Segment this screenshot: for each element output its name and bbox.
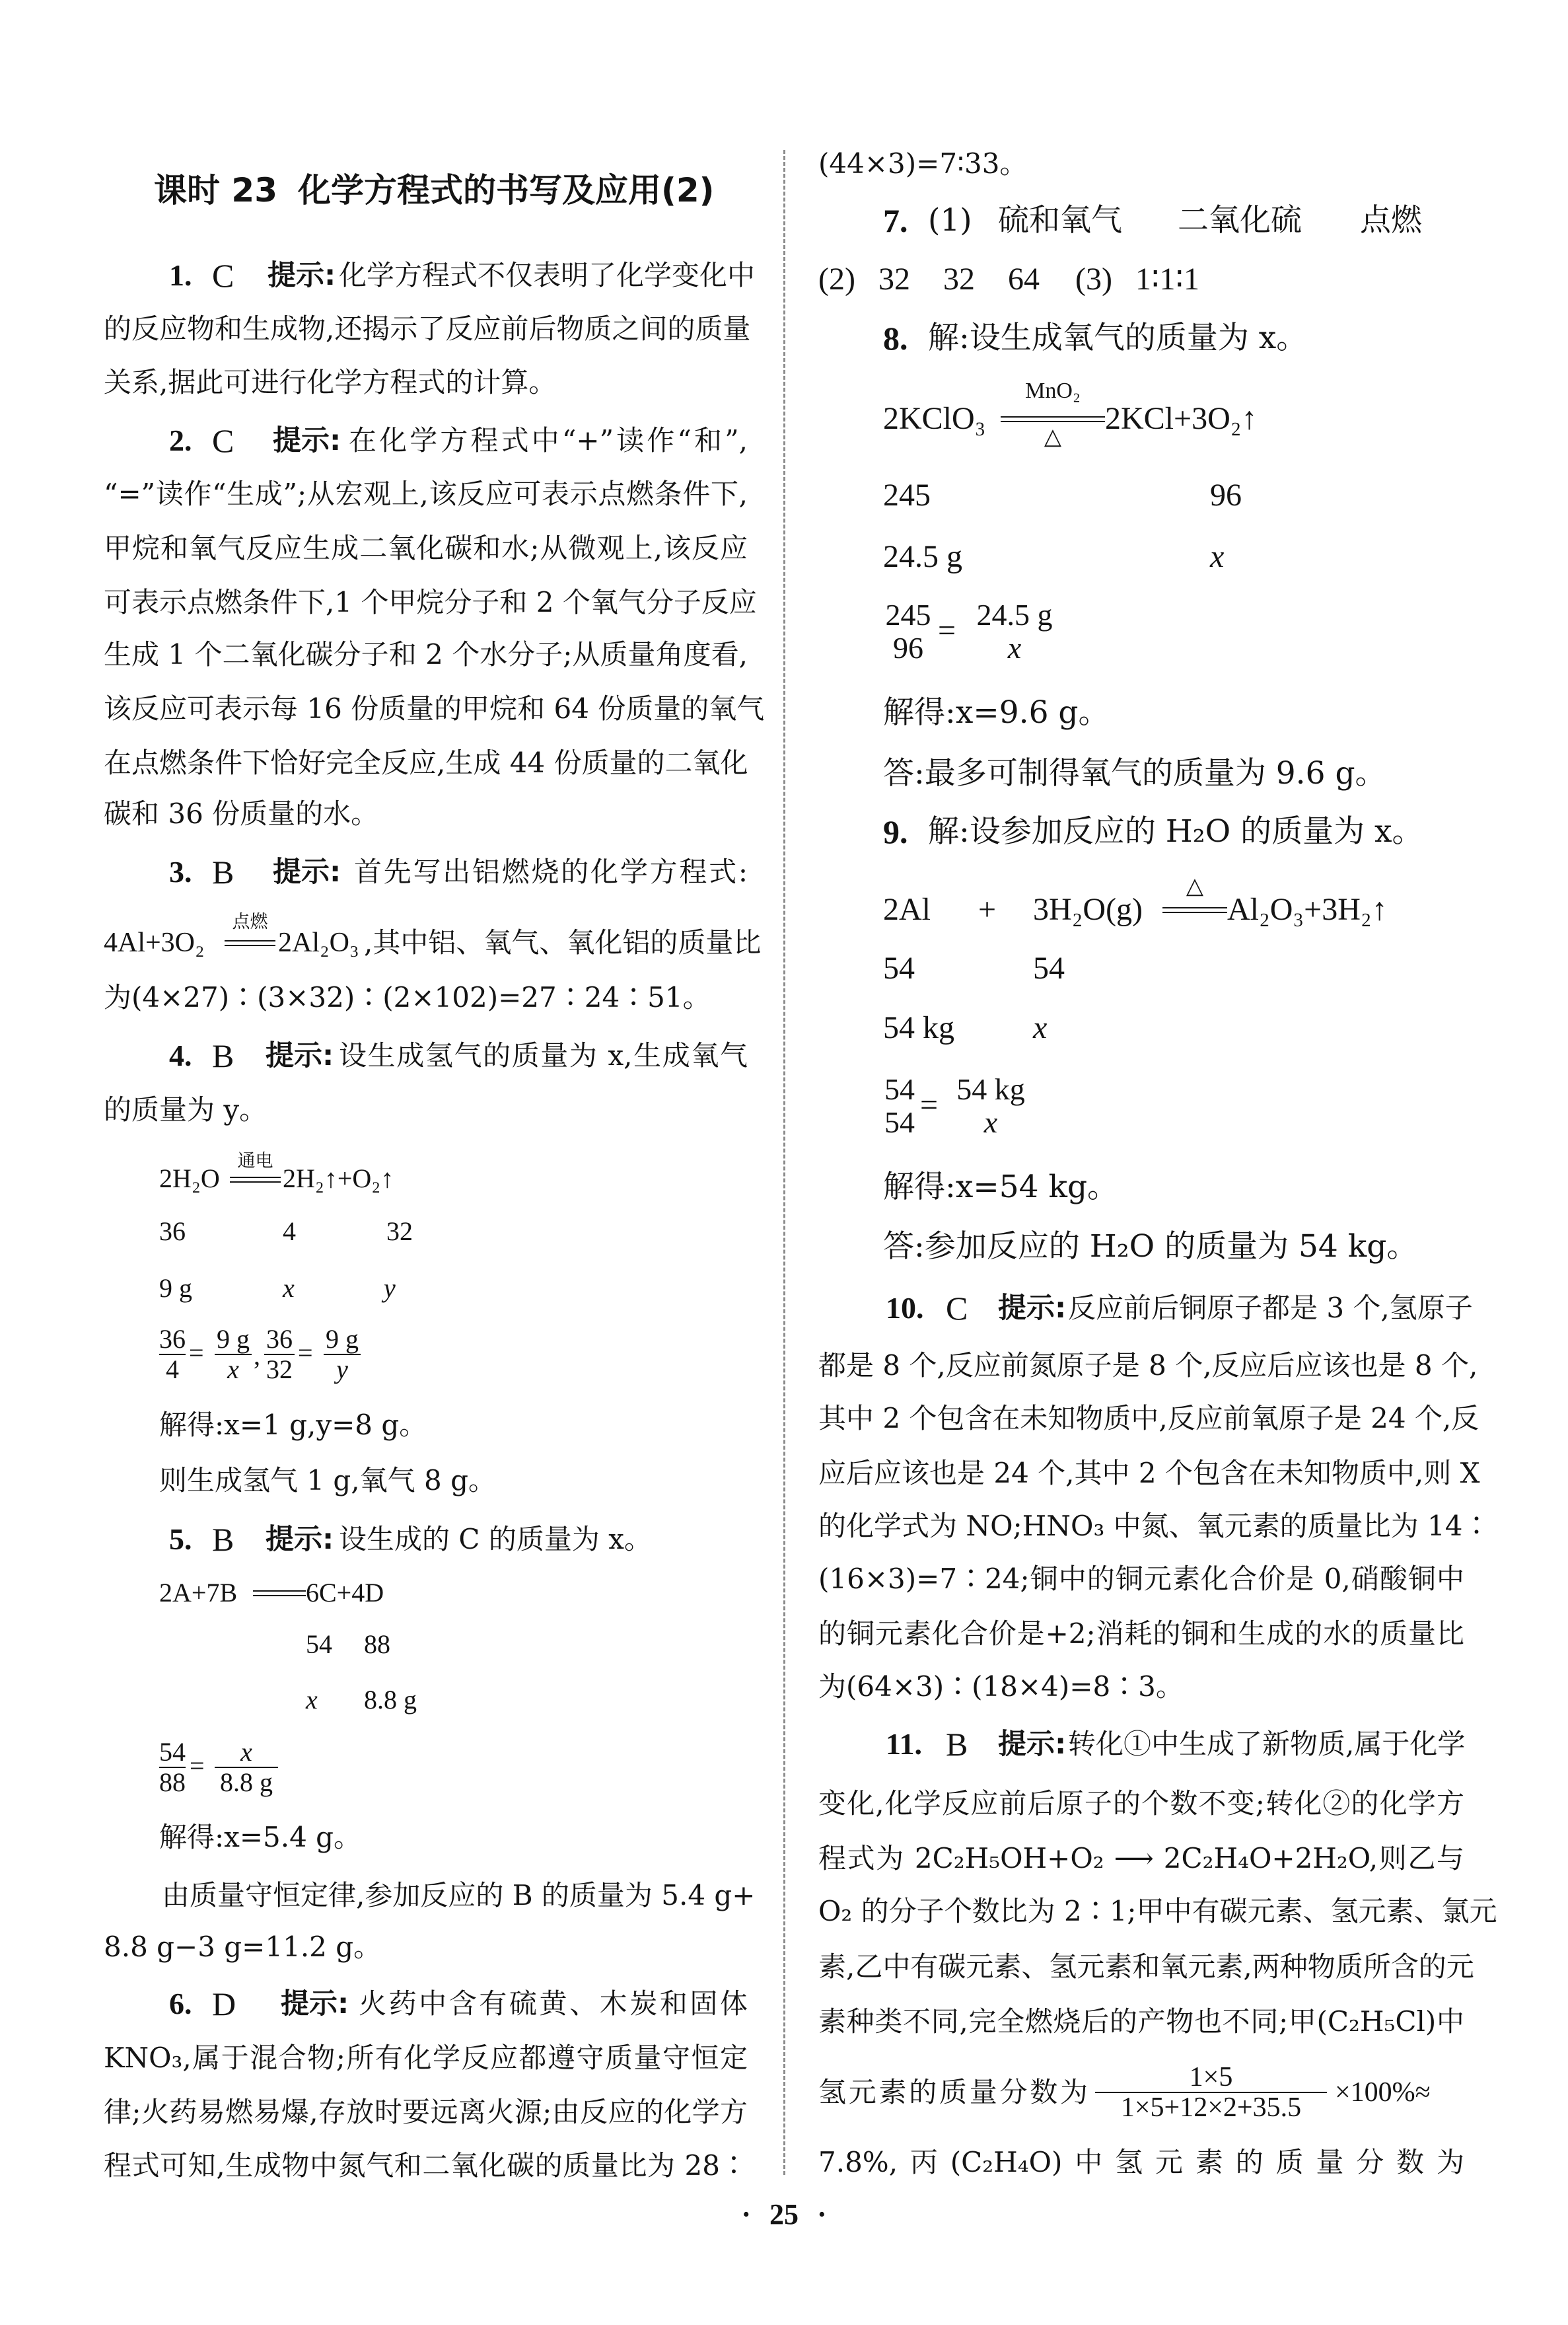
fraction: 9 g x: [215, 1325, 252, 1384]
answer-choice: D: [212, 1984, 236, 2024]
equation-double-bar: [230, 1177, 281, 1183]
answer-blank: 32: [943, 258, 975, 301]
unknown-variable: x: [1033, 1007, 1047, 1049]
solution-result: 解得:x=9.6 g。: [883, 692, 1110, 734]
equals-sign: =: [920, 1084, 938, 1126]
question-number: 1.: [169, 256, 192, 295]
equation-products: 2KCl+3O₂↑: [1105, 398, 1257, 440]
hint-text-line: “=”读作“生成”;从宏观上,该反应可表示点燃条件下,: [104, 474, 748, 514]
answer-choice: C: [212, 256, 234, 295]
given-mass: 8.8 g: [364, 1680, 417, 1720]
hint-text-line: 的质量为 y。: [104, 1090, 267, 1130]
relative-mass: 36: [159, 1212, 186, 1251]
unknown-variable: x: [1210, 536, 1224, 578]
unknown-variable: x: [306, 1680, 318, 1720]
equals-sign: =: [189, 1333, 204, 1373]
numerator: 1×5: [1190, 2063, 1233, 2092]
hint-text-line: 为(64×3)∶(18×4)=8∶3。: [818, 1667, 1184, 1707]
denominator: x: [227, 1355, 239, 1384]
relative-mass: 54: [883, 947, 915, 990]
hint-label: 提示:: [267, 256, 336, 295]
denominator: x: [1008, 632, 1021, 665]
denominator: 1×5+12×2+35.5: [1121, 2093, 1301, 2122]
denominator: 8.8 g: [220, 1768, 273, 1797]
question-number: 3.: [169, 852, 192, 892]
page-number-value: 25: [769, 2198, 799, 2231]
answer-blank: 硫和氧气: [998, 200, 1122, 242]
hint-text-line: 生成 1 个二氧化碳分子和 2 个水分子;从质量角度看,: [104, 635, 748, 675]
mass-fraction: 1×5 1×5+12×2+35.5: [1095, 2063, 1327, 2122]
answer-choice: B: [212, 1520, 234, 1559]
lesson-title: 化学方程式的书写及应用(2): [298, 169, 700, 211]
hint-text-line: 的铜元素化合价是+2;消耗的铜和生成的水的质量比: [818, 1614, 1464, 1654]
part-label: (2): [818, 258, 855, 301]
hint-label: 提示:: [266, 1036, 334, 1076]
hint-label: 提示:: [273, 852, 341, 892]
question-number: 2.: [169, 421, 192, 461]
hint-text-line: 为(4×27)∶(3×32)∶(2×102)=27∶24∶51。: [104, 978, 711, 1017]
solution-setup: 解:设参加反应的 H₂O 的质量为 x。: [928, 811, 1423, 853]
hint-text-line: 碳和 36 份质量的水。: [104, 794, 378, 834]
hint-text-line: 反应前后铜原子都是 3 个,氢原子: [1068, 1288, 1464, 1328]
answer-blank: 点燃: [1360, 200, 1422, 242]
answer-blank: 64: [1008, 258, 1040, 301]
hint-text-line: 在点燃条件下恰好完全反应,生成 44 份质量的二氧化: [104, 743, 748, 783]
numerator: 36: [266, 1325, 293, 1354]
numerator: 54: [884, 1073, 915, 1106]
question-number: 6.: [169, 1984, 192, 2024]
equation-double-bar: [1162, 907, 1227, 913]
denominator: 4: [166, 1355, 179, 1384]
hint-text-line: 转化①中生成了新物质,属于化学: [1068, 1724, 1464, 1764]
hint-label: 提示:: [281, 1984, 349, 2024]
numerator: 9 g: [217, 1325, 250, 1354]
hint-text-line: 设生成氢气的质量为 x,生成氧气: [339, 1036, 748, 1076]
equation-products: Al₂O₃+3H₂↑: [1227, 889, 1388, 931]
fraction: 245 96: [883, 599, 933, 641]
answer-blank: 32: [878, 258, 910, 301]
relative-mass: 32: [386, 1212, 413, 1251]
equation-double-bar: [1001, 416, 1105, 422]
equation-reactants: 2H₂O: [159, 1159, 220, 1199]
catalyst-condition: MnO₂: [1001, 378, 1105, 404]
hint-text-line: 素种类不同,完全燃烧后的产物也不同;甲(C₂H₅Cl)中: [818, 2002, 1464, 2042]
hint-text-line: (44×3)=7∶33。: [818, 144, 1027, 184]
fraction: 54 54: [883, 1073, 916, 1115]
solution-result: 解得:x=5.4 g。: [159, 1818, 361, 1857]
solution-result: 解得:x=54 kg。: [883, 1166, 1118, 1208]
solution-answer: 答:参加反应的 H₂O 的质量为 54 kg。: [883, 1226, 1417, 1268]
hint-label: 提示:: [998, 1724, 1066, 1764]
solution-answer: 答:最多可制得氧气的质量为 9.6 g。: [883, 753, 1386, 795]
given-mass: 24.5 g: [883, 536, 962, 578]
fraction: 36 32: [264, 1325, 295, 1384]
equation-reactants: 4Al+3O₂: [104, 923, 205, 963]
equation-reactant: 3H₂O(g): [1033, 889, 1143, 931]
equation-reactants: 2KClO₃: [883, 398, 985, 440]
equation-reactant: 2Al: [883, 889, 931, 931]
hint-text-line: 甲烷和氧气反应生成二氧化碳和水;从微观上,该反应: [104, 529, 748, 568]
question-number: 9.: [883, 811, 908, 853]
part-label: (3): [1075, 258, 1112, 301]
unknown-variable: x: [283, 1269, 295, 1308]
question-number: 8.: [883, 317, 908, 359]
page-number: ·25·: [685, 2195, 883, 2234]
hint-text-line: 可表示点燃条件下,1 个甲烷分子和 2 个氧气分子反应: [104, 583, 748, 622]
numerator: 245: [886, 599, 931, 632]
hint-label: 提示:: [998, 1288, 1066, 1328]
answer-blank: 二氧化硫: [1178, 200, 1302, 242]
solution-conclusion: 则生成氢气 1 g,氧气 8 g。: [159, 1461, 496, 1500]
lesson-number: 课时 23: [154, 169, 277, 211]
hint-text-line: 程式为 2C₂H₅OH+O₂ ⟶ 2C₂H₄O+2H₂O,则乙与: [818, 1839, 1464, 1878]
question-number: 11.: [886, 1724, 922, 1764]
fraction: x 8.8 g: [215, 1738, 278, 1797]
relative-mass: 4: [283, 1212, 296, 1251]
relative-mass: 54: [1033, 947, 1065, 990]
unknown-variable: y: [384, 1269, 396, 1308]
hint-text-line: 的反应物和生成物,还揭示了反应前后物质之间的质量: [104, 309, 748, 349]
numerator: 9 g: [326, 1325, 359, 1354]
equation-products: 2Al₂O₃: [278, 923, 359, 963]
fraction: 54 kg x: [950, 1073, 1031, 1115]
answer-choice: C: [946, 1288, 968, 1328]
question-number: 4.: [169, 1036, 192, 1076]
fraction: 9 g y: [324, 1325, 361, 1384]
hint-text-line: 设生成的 C 的质量为 x。: [339, 1520, 652, 1559]
denominator: x: [984, 1106, 997, 1139]
plus-sign: +: [978, 889, 996, 931]
reaction-condition: 通电: [230, 1151, 281, 1172]
solution-setup: 解:设生成氧气的质量为 x。: [928, 317, 1307, 359]
hint-text-line: ,其中铝、氧气、氧化铝的质量比: [364, 923, 748, 963]
hint-label: 提示:: [266, 1520, 334, 1559]
page-number-dot: ·: [741, 2198, 751, 2231]
hint-text-line: 该反应可表示每 16 份质量的甲烷和 64 份质量的氧气: [104, 689, 748, 729]
hint-text-line: 关系,据此可进行化学方程式的计算。: [104, 363, 556, 402]
question-number: 7.: [883, 200, 908, 242]
comma: ,: [254, 1336, 260, 1376]
answer-choice: B: [212, 1036, 234, 1076]
question-number: 10.: [886, 1288, 924, 1328]
answer-key-page: 课时 23 化学方程式的书写及应用(2) 1. C 提示: 化学方程式不仅表明了…: [0, 0, 1568, 2325]
equation-double-bar: [225, 940, 275, 946]
reaction-condition: 点燃: [225, 912, 275, 933]
hint-text-line: 7.8%,丙(C₂H₄O)中氢元素的质量分数为: [818, 2143, 1464, 2182]
denominator: 96: [893, 632, 923, 665]
solution-result: 解得:x=1 g,y=8 g。: [159, 1405, 427, 1445]
hint-text-line: 其中 2 个包含在未知物质中,反应前氧原子是 24 个,反: [818, 1399, 1464, 1438]
numerator: x: [240, 1738, 252, 1767]
hint-text-line: 律;火药易燃易爆,存放时要远离火源;由反应的化学方: [104, 2092, 748, 2132]
part-label: (1): [928, 200, 972, 242]
hint-text-line: (16×3)=7∶24;铜中的铜元素化合价是 0,硝酸铜中: [818, 1559, 1464, 1599]
denominator: 32: [266, 1355, 293, 1384]
percent-approx: ×100%≈: [1335, 2073, 1464, 2112]
answer-choice: B: [946, 1724, 968, 1764]
fraction: 24.5 g x: [968, 599, 1061, 641]
hint-text-line: 首先写出铝燃烧的化学方程式:: [354, 852, 748, 892]
numerator: 54 kg: [956, 1073, 1025, 1106]
page-number-dot: ·: [817, 2198, 827, 2231]
hint-text-line: O₂ 的分子个数比为 2∶1;甲中有碳元素、氢元素、氯元: [818, 1892, 1464, 1931]
relative-mass: 54: [306, 1625, 332, 1664]
denominator: y: [336, 1355, 348, 1384]
heating-condition-icon: △: [1001, 424, 1105, 451]
hint-text-line: 应后应该也是 24 个,其中 2 个包含在未知物质中,则 X: [818, 1454, 1464, 1493]
answer-choice: B: [212, 852, 234, 892]
equals-sign: =: [190, 1746, 205, 1786]
question-number: 5.: [169, 1520, 192, 1559]
given-mass: 9 g: [159, 1269, 192, 1308]
hint-text-line: 化学方程式不仅表明了化学变化中: [339, 256, 748, 295]
hint-text-line: 素,乙中有碳元素、氢元素和氧元素,两种物质所含的元: [818, 1947, 1464, 1987]
relative-mass: 96: [1210, 474, 1242, 517]
equation-products: 6C+4D: [306, 1573, 384, 1613]
answer-choice: C: [212, 421, 234, 461]
relative-mass: 245: [883, 474, 931, 517]
given-mass: 54 kg: [883, 1007, 954, 1049]
equals-sign: =: [938, 610, 956, 652]
answer-blank: 1∶1∶1: [1135, 258, 1199, 301]
hint-text-line: 在化学方程式中“+”读作“和”,: [349, 421, 748, 461]
hint-text-line: 程式可知,生成物中氮气和二氧化碳的质量比为 28∶: [104, 2146, 748, 2186]
solution-conclusion: 由质量守恒定律,参加反应的 B 的质量为 5.4 g+: [162, 1876, 748, 1915]
numerator: 24.5 g: [977, 599, 1053, 632]
heating-condition-icon: △: [1162, 873, 1227, 900]
hint-text-line: KNO₃,属于混合物;所有化学反应都遵守质量守恒定: [104, 2038, 748, 2078]
equation-reactants: 2A+7B: [159, 1573, 237, 1613]
hint-text-line: 氢元素的质量分数为: [818, 2073, 1088, 2112]
denominator: 54: [884, 1106, 915, 1139]
hint-text-line: 的化学式为 NO;HNO₃ 中氮、氧元素的质量比为 14∶: [818, 1506, 1459, 1546]
equation-double-bar: [253, 1590, 306, 1596]
hint-text-line: 变化,化学反应前后原子的个数不变;转化②的化学方: [818, 1784, 1464, 1824]
equation-products: 2H₂↑+O₂↑: [283, 1159, 394, 1199]
fraction: 54 88: [159, 1738, 186, 1797]
hint-text-line: 火药中含有硫黄、木炭和固体: [359, 1984, 748, 2024]
equals-sign: =: [298, 1333, 313, 1373]
numerator: 54: [159, 1738, 186, 1767]
fraction: 36 4: [159, 1325, 186, 1384]
relative-mass: 88: [364, 1625, 390, 1664]
hint-label: 提示:: [273, 421, 341, 461]
denominator: 88: [159, 1768, 186, 1797]
column-divider: [783, 150, 785, 2175]
hint-text-line: 都是 8 个,反应前氮原子是 8 个,反应后应该也是 8 个,: [818, 1346, 1464, 1385]
numerator: 36: [159, 1325, 186, 1354]
solution-conclusion: 8.8 g−3 g=11.2 g。: [104, 1927, 381, 1967]
